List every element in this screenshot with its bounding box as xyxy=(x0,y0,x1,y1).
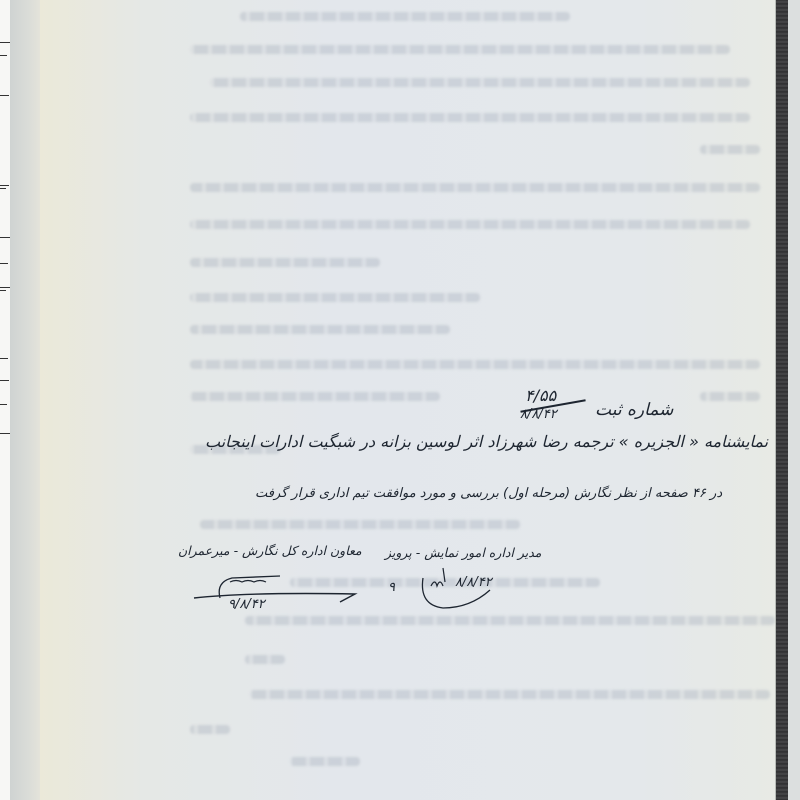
signatory-title: معاون اداره کل نگارش - میرعمران xyxy=(178,543,362,558)
registration-label: شماره ثبت xyxy=(595,400,673,420)
note-line-1: نمایشنامه « الجزیره » ترجمه رضا شهرزاد ا… xyxy=(205,432,768,451)
signature-number: ۹ xyxy=(388,580,395,595)
adjacent-page-edge xyxy=(0,0,10,800)
note-line-2: در ۴۶ صفحه از نظر نگارش (مرحله اول) بررس… xyxy=(255,486,722,501)
signature-flourish-icon xyxy=(190,560,370,610)
signatory-title: مدیر اداره امور نمایش - پرویز xyxy=(385,545,542,560)
document-page xyxy=(40,0,788,800)
scanned-page: شماره ثبت ۴/۵۵ ۸/۸/۴۲ نمایشنامه « الجزیر… xyxy=(0,0,800,800)
registration-date: ۸/۸/۴۲ xyxy=(520,407,557,422)
book-spine xyxy=(775,0,788,800)
registration-number: ۴/۵۵ xyxy=(525,386,556,405)
signature-mark-icon xyxy=(415,560,495,615)
page-gutter xyxy=(10,0,40,800)
